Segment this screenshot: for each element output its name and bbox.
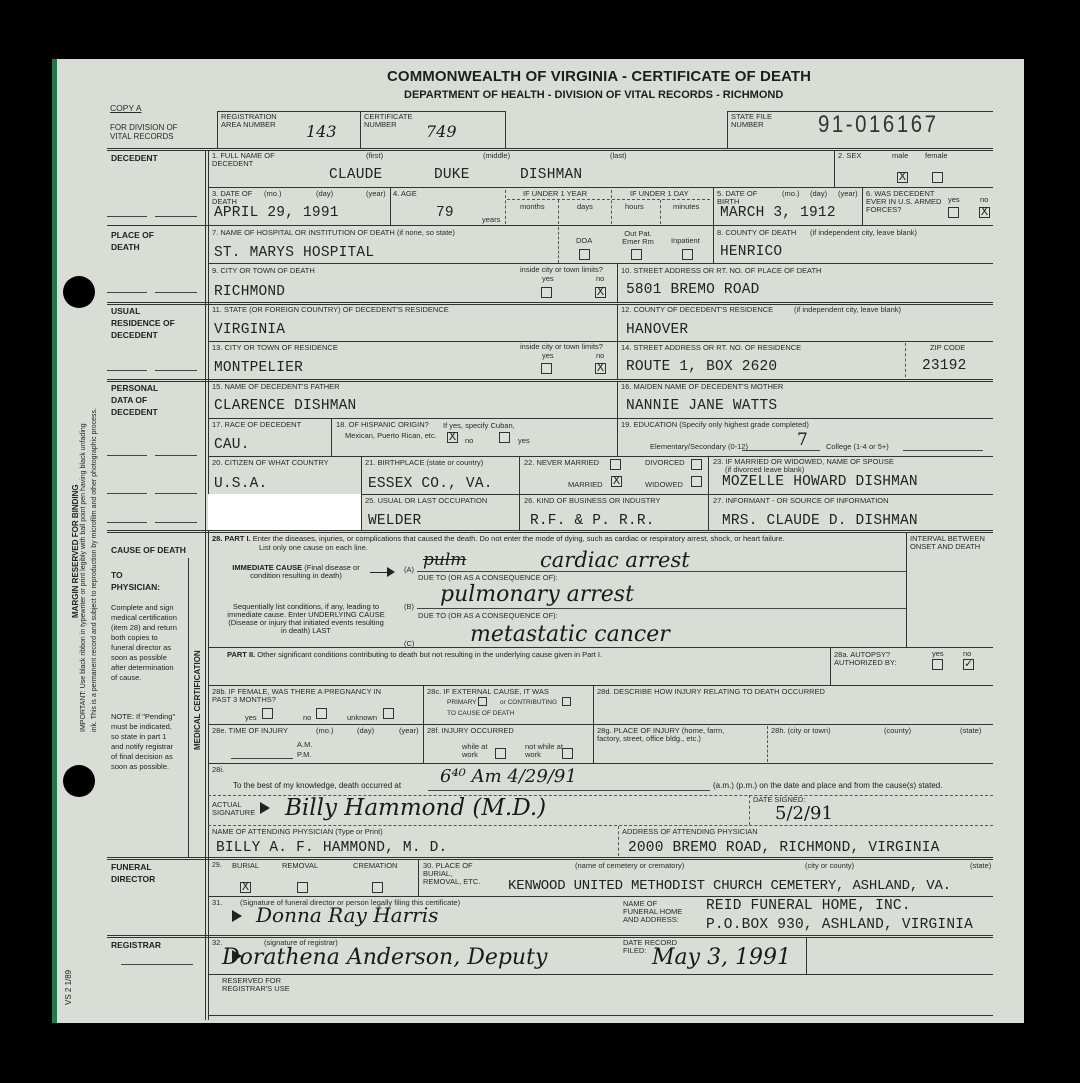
armed-forces-label: 6. WAS DECEDENT EVER IN U.S. ARMED FORCE… [866, 190, 944, 214]
funeral-sig-item-label: 31. [212, 899, 222, 907]
part1-text: Enter the diseases, injuries, or complic… [253, 534, 785, 543]
injury-occurred-label: 28f. INJURY OCCURRED [427, 727, 514, 735]
while-at-work-checkbox[interactable] [495, 748, 506, 759]
father-value: CLARENCE DISHMAN [214, 398, 356, 414]
death-street-label: 10. STREET ADDRESS OR RT. NO. OF PLACE O… [621, 267, 821, 275]
middle-name-label: (middle) [483, 152, 510, 160]
sequential-label: Sequentially list conditions, if any, le… [226, 603, 386, 635]
doa-checkbox[interactable] [579, 249, 590, 260]
section-usual-residence: USUAL RESIDENCE OF DECEDENT [111, 305, 191, 341]
removal-checkbox[interactable] [297, 882, 308, 893]
death-inside-no-checkbox[interactable]: X [595, 287, 606, 298]
residence-state-value: VIRGINIA [214, 322, 285, 338]
to-cause-label: TO CAUSE OF DEATH [447, 710, 514, 718]
minutes-label: minutes [673, 203, 699, 211]
residence-state-label: 11. STATE (OR FOREIGN COUNTRY) OF DECEDE… [212, 306, 449, 314]
knowledge-text: To the best of my knowledge, death occur… [233, 781, 401, 790]
full-name-label: 1. FULL NAME OF DECEDENT [212, 152, 292, 168]
married-checkbox[interactable]: X [611, 476, 622, 487]
physician-name-label: NAME OF ATTENDING PHYSICIAN (Type or Pri… [212, 828, 383, 836]
copy-label: COPY A [110, 104, 142, 112]
mother-label: 16. MAIDEN NAME OF DECEDENT'S MOTHER [621, 383, 783, 391]
inpatient-checkbox[interactable] [682, 249, 693, 260]
reserved-label: RESERVED FOR REGISTRAR'S USE [222, 977, 302, 993]
cause-b-label: (B) [404, 603, 414, 611]
state-file-label: STATE FILE NUMBER [731, 113, 781, 129]
primary-checkbox[interactable] [478, 697, 487, 706]
cremation-label: CREMATION [353, 862, 397, 870]
date-of-death-value: APRIL 29, 1991 [214, 205, 339, 221]
residence-county-value: HANOVER [626, 322, 688, 338]
city-county-note: (city or county) [805, 862, 854, 870]
residence-inside-no-label: no [596, 352, 604, 360]
copy-for-label: FOR DIVISION OF VITAL RECORDS [110, 123, 200, 141]
physician-address-value: 2000 BREMO ROAD, RICHMOND, VIRGINIA [628, 840, 940, 856]
married-label: MARRIED [568, 481, 603, 489]
hospital-label: 7. NAME OF HOSPITAL OR INSTITUTION OF DE… [212, 229, 455, 237]
knowledge-suffix: (a.m.) (p.m.) on the date and place and … [713, 781, 942, 790]
funeral-sig-arrow-icon [232, 910, 242, 922]
time-of-death-value: 6⁴⁰ Am 4/29/91 [440, 766, 577, 787]
form-code: VS 2 1/89 [64, 970, 73, 1005]
funeral-home-name: REID FUNERAL HOME, INC. [706, 898, 911, 914]
cause-a-value: cardiac arrest [540, 548, 690, 572]
birthplace-value: ESSEX CO., VA. [368, 476, 493, 492]
part2-instructions: PART II. Other significant conditions co… [227, 650, 602, 659]
binding-hole-top [63, 276, 95, 308]
sex-male-checkbox[interactable]: X [897, 172, 908, 183]
redacted-field [208, 494, 361, 530]
autopsy-label: 28a. AUTOPSY? AUTHORIZED BY: [834, 651, 924, 667]
divorced-label: DIVORCED [645, 459, 685, 467]
age-value: 79 [436, 205, 454, 221]
injury-city-label: 28h. (city or town) [771, 727, 831, 735]
part2-label: PART II. [227, 650, 255, 659]
section-decedent: DECEDENT [111, 152, 158, 164]
arrow-icon [387, 567, 395, 577]
pregnancy-label: 28b. IF FEMALE, WAS THERE A PREGNANCY IN… [212, 688, 392, 704]
residence-inside-limits-label: inside city or town limits? [520, 343, 603, 351]
part1-label: 28. PART I. [212, 534, 251, 543]
middle-name-value: DUKE [434, 167, 470, 183]
certificate-title: COMMONWEALTH OF VIRGINIA - CERTIFICATE O… [387, 68, 811, 85]
sex-label: 2. SEX [838, 152, 861, 160]
pregnancy-unknown-label: unknown [347, 714, 377, 722]
never-married-checkbox[interactable] [610, 459, 621, 470]
education-label: 19. EDUCATION (Specify only highest grad… [621, 421, 809, 429]
never-married-label: 22. NEVER MARRIED [524, 459, 599, 467]
age-label: 4. AGE [393, 190, 417, 198]
residence-inside-no-checkbox[interactable]: X [595, 363, 606, 374]
industry-label: 26. KIND OF BUSINESS OR INDUSTRY [524, 497, 661, 505]
certificate-subtitle: DEPARTMENT OF HEALTH - DIVISION OF VITAL… [404, 89, 783, 101]
spouse-note: (if divorced leave blank) [725, 466, 804, 474]
injury-state-label: (state) [960, 727, 981, 735]
registration-number: 143 [306, 122, 337, 141]
cause-c-value: metastatic cancer [470, 622, 670, 647]
death-inside-yes-checkbox[interactable] [541, 287, 552, 298]
male-label: male [892, 152, 908, 160]
physician-address-label: ADDRESS OF ATTENDING PHYSICIAN [622, 828, 758, 836]
margin-important-line1: IMPORTANT: Use black ribbon in typewrite… [80, 423, 87, 732]
physician-instructions: Complete and sign medical certification … [111, 603, 179, 683]
am-label: A.M. [297, 741, 312, 749]
signature-label: ACTUAL SIGNATURE [212, 801, 252, 817]
external-cause-label: 28c. IF EXTERNAL CAUSE, IT WAS [427, 688, 549, 696]
armed-forces-no-checkbox[interactable]: X [979, 207, 990, 218]
city-of-death-value: RICHMOND [214, 284, 285, 300]
immediate-cause-label: IMMEDIATE CAUSE (Final disease or condit… [226, 564, 366, 580]
hispanic-no-checkbox[interactable]: X [447, 432, 458, 443]
section-place-of-death: PLACE OF DEATH [111, 229, 171, 253]
pregnancy-unknown-checkbox[interactable] [383, 708, 394, 719]
certificate-number: 749 [426, 122, 457, 141]
due-to-a-label: DUE TO (OR AS A CONSEQUENCE OF): [418, 574, 558, 582]
pending-note: NOTE: If "Pending" must be indicated, so… [111, 712, 179, 772]
dod-day-label: (day) [316, 190, 333, 198]
margin-important-line2: ink. This is a permanent record and subj… [91, 408, 98, 732]
mother-value: NANNIE JANE WATTS [626, 398, 777, 414]
burial-label: BURIAL [232, 862, 259, 870]
residence-street-value: ROUTE 1, BOX 2620 [626, 359, 777, 375]
years-label: years [482, 216, 500, 224]
funeral-home-label: NAME OF FUNERAL HOME AND ADDRESS: [623, 900, 693, 924]
dod-mo-label: (mo.) [264, 190, 282, 198]
section-medical-certification: MEDICAL CERTIFICATION [192, 650, 204, 750]
pregnancy-yes-checkbox[interactable] [262, 708, 273, 719]
funeral-home-address: P.O.BOX 930, ASHLAND, VIRGINIA [706, 917, 973, 933]
disposition-label: 29. [212, 862, 222, 870]
dob-value: MARCH 3, 1912 [720, 205, 836, 221]
injury-day-label: (day) [357, 727, 374, 735]
cemetery-note: (name of cemetery or crematory) [575, 862, 684, 870]
county-of-death-value: HENRICO [720, 244, 782, 260]
death-inside-no-label: no [596, 275, 604, 283]
cause-b-value: pulmonary arrest [440, 582, 634, 607]
under-1-day-label: IF UNDER 1 DAY [630, 190, 689, 198]
section-registrar: REGISTRAR [111, 939, 161, 951]
hispanic-yes-label: yes [518, 437, 530, 445]
sex-female-checkbox[interactable] [932, 172, 943, 183]
zip-label: ZIP CODE [930, 344, 965, 352]
state-file-number: 91-016167 [818, 111, 939, 139]
cremation-checkbox[interactable] [372, 882, 383, 893]
section-to-physician: TO PHYSICIAN: [111, 569, 171, 593]
spouse-value: MOZELLE HOWARD DISHMAN [722, 474, 918, 490]
autopsy-yes-checkbox[interactable] [932, 659, 943, 670]
binding-hole-bottom [63, 765, 95, 797]
item-28i-label: 28i. [212, 766, 224, 774]
time-of-injury-label: 28e. TIME OF INJURY [212, 727, 288, 735]
removal-label: REMOVAL [282, 862, 318, 870]
describe-injury-label: 28d. DESCRIBE HOW INJURY RELATING TO DEA… [597, 688, 825, 696]
outpat-checkbox[interactable] [631, 249, 642, 260]
autopsy-yes-label: yes [932, 650, 944, 658]
informant-value: MRS. CLAUDE D. DISHMAN [722, 513, 918, 529]
college-label: College (1-4 or 5+) [826, 443, 889, 451]
due-to-b-label: DUE TO (OR AS A CONSEQUENCE OF): [418, 612, 558, 620]
citizen-value: U.S.A. [214, 476, 267, 492]
birthplace-label: 21. BIRTHPLACE (state or country) [365, 459, 483, 467]
dob-mo-label: (mo.) [782, 190, 800, 198]
pregnancy-no-checkbox[interactable] [316, 708, 327, 719]
informant-label: 27. INFORMANT - OR SOURCE OF INFORMATION [713, 497, 889, 505]
injury-county-label: (county) [884, 727, 911, 735]
armed-no-label: no [980, 196, 988, 204]
dob-year-label: (year) [838, 190, 858, 198]
death-inside-yes-label: yes [542, 275, 554, 283]
injury-year-label: (year) [399, 727, 419, 735]
county-of-death-label: 8. COUNTY OF DEATH [717, 229, 796, 237]
contributing-checkbox[interactable] [562, 697, 571, 706]
while-at-work-label: while at work [462, 743, 494, 759]
burial-place-value: KENWOOD UNITED METHODIST CHURCH CEMETERY… [508, 878, 951, 894]
hospital-value: ST. MARYS HOSPITAL [214, 245, 374, 261]
section-cause-of-death: CAUSE OF DEATH [111, 544, 186, 556]
zip-value: 23192 [922, 358, 967, 374]
hispanic-no-label: no [465, 437, 473, 445]
residence-inside-yes-label: yes [542, 352, 554, 360]
inpatient-label: Inpatient [671, 237, 700, 245]
citizen-label: 20. CITIZEN OF WHAT COUNTRY [212, 459, 329, 467]
not-while-at-work-label: not while at work [525, 743, 565, 759]
hispanic-yes-checkbox[interactable] [499, 432, 510, 443]
race-label: 17. RACE OF DECEDENT [212, 421, 301, 429]
residence-inside-yes-checkbox[interactable] [541, 363, 552, 374]
date-of-death-label: 3. DATE OF DEATH [212, 190, 256, 206]
signature-arrow-icon [260, 802, 270, 814]
place-of-injury-label: 28g. PLACE OF INJURY (home, farm, factor… [597, 727, 747, 743]
last-name-label: (last) [610, 152, 627, 160]
occupation-label: 25. USUAL OR LAST OCCUPATION [365, 497, 487, 505]
first-name-label: (first) [366, 152, 383, 160]
elementary-value: 7 [797, 430, 808, 450]
female-label: female [925, 152, 948, 160]
section-funeral-director: FUNERAL DIRECTOR [111, 861, 171, 885]
primary-label: PRIMARY [447, 699, 477, 707]
part2-text: Other significant conditions contributin… [257, 650, 602, 659]
outpat-label: Out Pat. Emer Rm [620, 230, 656, 246]
physician-name-value: BILLY A. F. HAMMOND, M. D. [216, 840, 447, 856]
part1-instructions: 28. PART I. Enter the diseases, injuries… [212, 535, 852, 543]
state-note: (state) [970, 862, 991, 870]
date-signed-value: 5/2/91 [775, 803, 833, 824]
widowed-label: WIDOWED [645, 481, 683, 489]
city-of-death-label: 9. CITY OR TOWN OF DEATH [212, 267, 315, 275]
contributing-label: or CONTRIBUTING [500, 699, 557, 707]
death-street-value: 5801 BREMO ROAD [626, 282, 760, 298]
county-of-death-note: (if independent city, leave blank) [810, 229, 917, 237]
pregnancy-yes-label: yes [245, 714, 257, 722]
elementary-label: Elementary/Secondary (0-12) [650, 443, 748, 451]
injury-mo-label: (mo.) [316, 727, 334, 735]
days-label: days [577, 203, 593, 211]
physician-signature: Billy Hammond (M.D.) [285, 795, 546, 821]
registrar-signature: Dorathena Anderson, Deputy [222, 945, 547, 970]
armed-forces-yes-checkbox[interactable] [948, 207, 959, 218]
not-while-at-work-checkbox[interactable] [562, 748, 573, 759]
industry-value: R.F. & P. R.R. [530, 513, 655, 529]
funeral-director-signature: Donna Ray Harris [256, 903, 438, 927]
green-edge-strip [52, 59, 57, 1023]
under-1-year-label: IF UNDER 1 YEAR [523, 190, 587, 198]
cause-a-struck: pulm [423, 550, 466, 570]
dod-year-label: (year) [366, 190, 386, 198]
section-personal-data: PERSONAL DATA OF DECEDENT [111, 382, 181, 418]
residence-street-label: 14. STREET ADDRESS OR RT. NO. OF RESIDEN… [621, 344, 801, 352]
last-name-value: DISHMAN [520, 167, 582, 183]
residence-county-label: 12. COUNTY OF DECEDENT'S RESIDENCE [621, 306, 773, 314]
dob-label: 5. DATE OF BIRTH [717, 190, 761, 206]
divorced-checkbox[interactable] [691, 459, 702, 470]
hours-label: hours [625, 203, 644, 211]
registration-label: REGISTRATION AREA NUMBER [221, 113, 291, 129]
interval-label: INTERVAL BETWEEN ONSET AND DEATH [910, 535, 990, 551]
first-name-value: CLAUDE [329, 167, 382, 183]
death-inside-limits-label: inside city or town limits? [520, 266, 603, 274]
part1-text2: List only one cause on each line. [259, 544, 368, 552]
father-label: 15. NAME OF DECEDENT'S FATHER [212, 383, 340, 391]
burial-checkbox[interactable]: X [240, 882, 251, 893]
residence-city-label: 13. CITY OR TOWN OF RESIDENCE [212, 344, 338, 352]
dob-day-label: (day) [810, 190, 827, 198]
residence-city-value: MONTPELIER [214, 360, 303, 376]
residence-county-note: (if independent city, leave blank) [794, 306, 901, 314]
registrar-item-label: 32. [212, 939, 222, 947]
armed-yes-label: yes [948, 196, 960, 204]
date-filed-value: May 3, 1991 [652, 945, 791, 970]
certificate-number-label: CERTIFICATE NUMBER [364, 113, 424, 129]
doa-label: DOA [576, 237, 592, 245]
pregnancy-no-label: no [303, 714, 311, 722]
race-value: CAU. [214, 437, 250, 453]
months-label: months [520, 203, 545, 211]
cause-a-label: (A) [404, 566, 414, 574]
widowed-checkbox[interactable] [691, 476, 702, 487]
burial-place-label: 30. PLACE OF BURIAL, REMOVAL, ETC. [423, 862, 483, 886]
pm-label: P.M. [297, 751, 311, 759]
occupation-value: WELDER [368, 513, 421, 529]
autopsy-no-checkbox[interactable]: ✓ [963, 659, 974, 670]
